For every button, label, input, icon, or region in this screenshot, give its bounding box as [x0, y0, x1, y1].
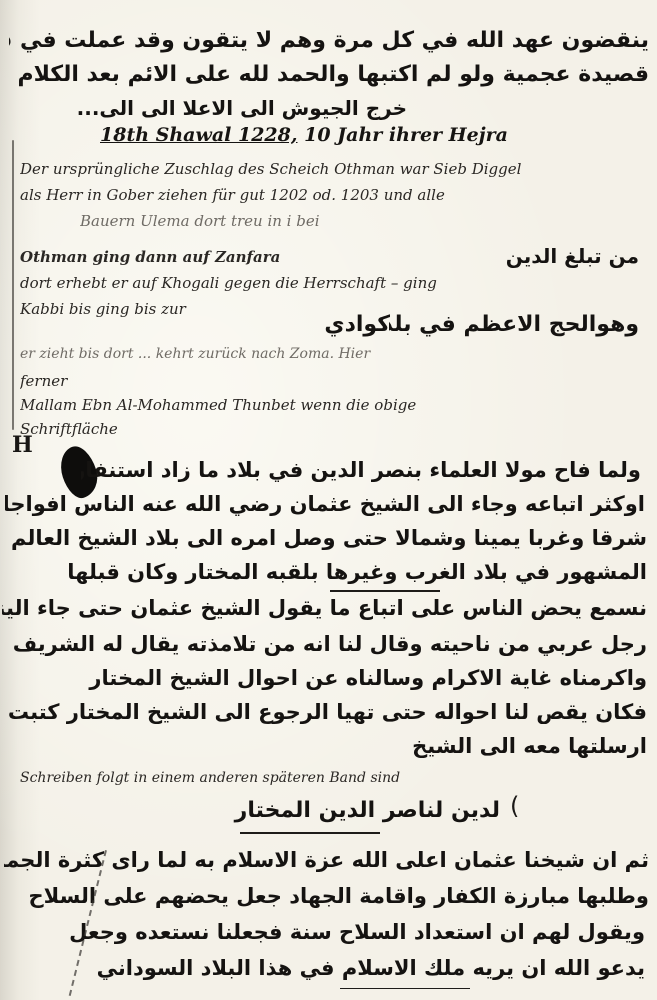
german-note-line-5: Kabbi bis ging bis zur [20, 300, 250, 318]
arabic-subheading: لدين لناصر الدين المختار [230, 798, 500, 823]
arabic-closing-line-4: يدعو الله ان يريه ملك الاسلام في هذا الب… [85, 956, 645, 980]
arabic-place-name: كوادي [300, 312, 390, 337]
arabic-top-line-2: قصيدة عجمية ولو لم اكتبها والحمد لله على… [9, 62, 649, 87]
underline-islam [340, 988, 470, 989]
arabic-body-line-9: ارسلتها معه الى الشيخ [347, 734, 647, 758]
underline-subheading [240, 832, 380, 834]
arabic-closing-line-3: ويقول لهم ان استعداد السلاح سنة فجعلنا ن… [25, 920, 645, 944]
hijri-date: 18th Shawal 1228, [100, 124, 298, 146]
german-note-line-10: Schreiben folgt in einem anderen spätere… [20, 770, 480, 786]
german-note-line-1: Der ursprüngliche Zuschlag des Scheich O… [20, 160, 650, 178]
margin-rule [12, 140, 14, 430]
german-note-line-2: als Herr in Gober ziehen für gut 1202 od… [20, 186, 650, 204]
arabic-closing-line-2: وطلبها مبارزة الكفار واقامة الجهاد جعل ي… [9, 884, 649, 908]
arabic-body-line-7: واكرمناه غاية الاكرام وسالناه عن احوال ا… [2, 666, 647, 690]
german-note-line-7: ferner [20, 372, 100, 390]
german-note-line-3: Bauern Ulema dort treu in i bei [80, 212, 580, 230]
hijra-note: 10 Jahr ihrer Hejra [304, 124, 508, 146]
arabic-body-line-5: نسمع يحض الناس على اتباع ما يقول الشيخ ع… [2, 596, 647, 620]
manuscript-page: ينقضون عهد الله في كل مرة وهم لا يتقون و… [0, 0, 657, 1000]
arabic-body-line-1: ولما فاح مولا العلماء بنصر الدين في بلاد… [81, 458, 641, 482]
arabic-body-line-6: رجل عربي من ناحيته وقال لنا انه من تلامذ… [2, 632, 647, 656]
date-heading: 18th Shawal 1228, 10 Jahr ihrer Hejra [100, 124, 620, 146]
german-othman-line: Othman ging dann auf Zanfara [20, 248, 350, 266]
arabic-inline-1: من تبلغ الدين [359, 244, 639, 268]
german-note-line-8: Mallam Ebn Al-Mohammed Thunbet wenn die … [20, 396, 650, 414]
arabic-body-line-8: فكان يقص لنا احواله حتى تهيا الرجوع الى … [2, 700, 647, 724]
arabic-inline-2: وهوالحج الاعظم في بلدنا [389, 312, 639, 337]
german-note-line-6: er zieht bis dort ... kehrt zurück nach … [20, 346, 650, 362]
margin-mark: H [12, 432, 33, 458]
arabic-body-line-4: المشهور في بلاد الغرب وغيرها بلقبه المخت… [2, 560, 647, 584]
underline-mukhtar [330, 590, 440, 592]
arabic-body-line-3: شرقا وغربا يمينا وشمالا حتى وصل امره الى… [2, 526, 647, 550]
arabic-top-line-3: خرج الجيوش الى الاعلا الى الى... [7, 96, 407, 120]
german-note-line-9: Schriftfläche [20, 420, 220, 438]
parenthesis-mark: ( [510, 792, 519, 820]
arabic-body-line-2: اوكثر اتباعه وجاء الى الشيخ عثمان رضي ال… [5, 492, 645, 516]
arabic-top-line-1: ينقضون عهد الله في كل مرة وهم لا يتقون و… [9, 28, 649, 53]
german-note-line-4: dort erhebt er auf Khogali gegen die Her… [20, 274, 640, 292]
